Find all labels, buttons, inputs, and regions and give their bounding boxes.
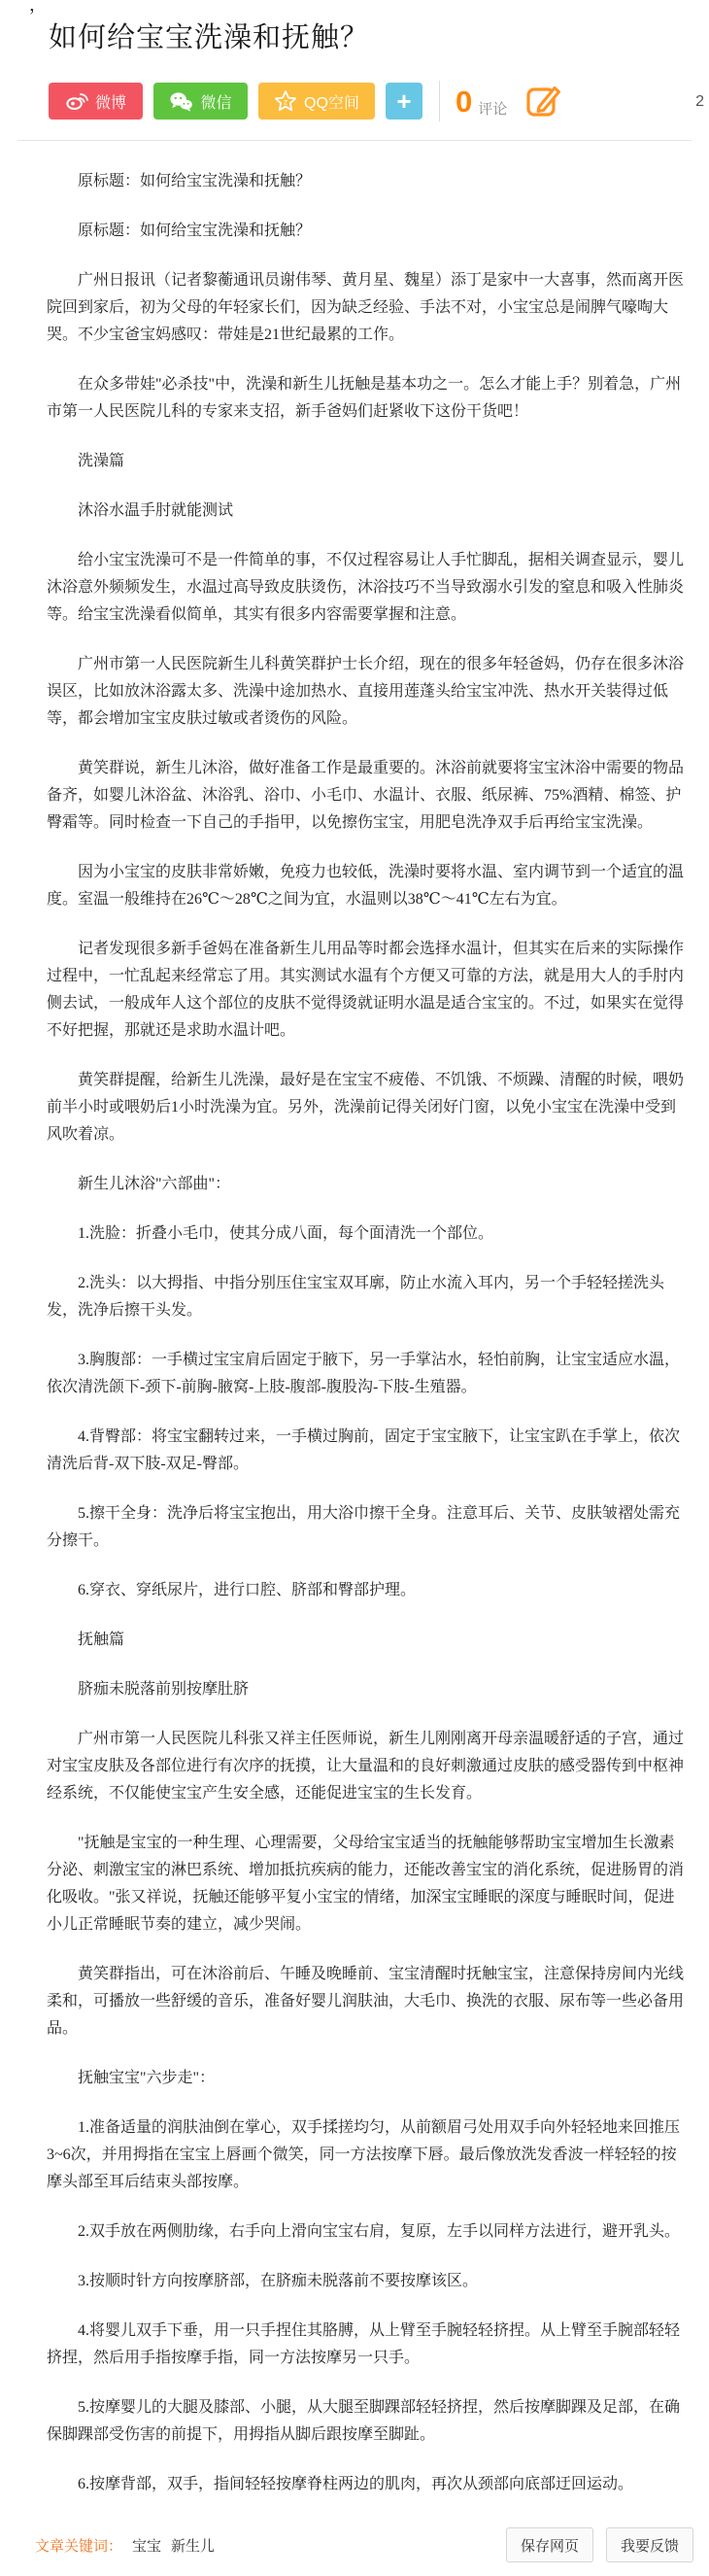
share-weibo-button[interactable]: 微博 — [49, 83, 143, 120]
article-paragraph: 广州市第一人民医院新生儿科黄笑群护士长介绍，现在的很多年轻爸妈，仍存在很多沐浴误… — [47, 651, 688, 733]
share-more-button[interactable]: + — [386, 83, 422, 120]
share-weibo-label: 微博 — [95, 90, 126, 113]
write-comment-button[interactable] — [524, 81, 563, 122]
article-paragraph: 沐浴水温手肘就能测试 — [47, 498, 688, 525]
article-paragraph: 4.将婴儿双手下垂，用一只手捏住其胳膊，从上臂至手腕轻轻挤捏。从上臂至手腕部轻轻… — [47, 2318, 688, 2372]
share-wechat-button[interactable]: 微信 — [153, 83, 248, 120]
save-page-button[interactable]: 保存网页 — [506, 2527, 593, 2562]
keywords-label: 文章关键词： — [35, 2535, 122, 2556]
article-body: 原标题：如何给宝宝洗澡和抚触？原标题：如何给宝宝洗澡和抚触？广州日报讯（记者黎蘅… — [0, 141, 709, 2504]
article-paragraph: 6.穿衣、穿纸尿片，进行口腔、脐部和臀部护理。 — [47, 1577, 688, 1604]
article-paragraph: 给小宝宝洗澡可不是一件简单的事，不仅过程容易让人手忙脚乱，据相关调查显示，婴儿沐… — [47, 547, 688, 629]
feedback-button[interactable]: 我要反馈 — [606, 2527, 693, 2562]
keyword-bar: 文章关键词： 宝宝新生儿 — [35, 2535, 224, 2556]
article-paragraph: 原标题：如何给宝宝洗澡和抚触？ — [47, 168, 688, 195]
wechat-icon — [169, 90, 193, 113]
pencil-edit-icon — [524, 108, 563, 122]
article-paragraph: 3.胸腹部：一手横过宝宝肩后固定于腋下，另一手掌沾水，轻怕前胸，让宝宝适应水温，… — [47, 1347, 688, 1401]
article-paragraph: 抚触宝宝"六步走"： — [47, 2065, 688, 2092]
weibo-icon — [65, 89, 88, 113]
article-paragraph: 因为小宝宝的皮肤非常娇嫩，免疫力也较低，洗澡时要将水温、室内调节到一个适宜的温度… — [47, 859, 688, 913]
svg-text:z: z — [284, 98, 287, 107]
article-paragraph: 记者发现很多新手爸妈在准备新生儿用品等时都会选择水温计，但其实在后来的实际操作过… — [47, 936, 688, 1045]
article-paragraph: 5.擦干全身：洗净后将宝宝抱出，用大浴巾擦干全身。注意耳后、关节、皮肤皱褶处需充… — [47, 1500, 688, 1555]
article-paragraph: 6.按摩背部，双手，指间轻轻按摩脊柱两边的肌肉，再次从颈部向底部迂回运动。 — [47, 2471, 688, 2498]
share-divider — [439, 81, 440, 121]
article-paragraph: 黄笑群指出，可在沐浴前后、午睡及晚睡前、宝宝清醒时抚触宝宝，注意保持房间内光线柔… — [47, 1961, 688, 2043]
article-paragraph: 3.按顺时针方向按摩脐部，在脐痂未脱落前不要按摩该区。 — [47, 2268, 688, 2295]
footer-bar: 文章关键词： 宝宝新生儿 保存网页 我要反馈 — [35, 2524, 693, 2565]
share-qzone-label: QQ空间 — [304, 90, 359, 113]
clipped-text-fragment: ， — [29, 0, 47, 17]
article-paragraph: 新生儿沐浴"六部曲"： — [47, 1171, 688, 1198]
keyword-list: 宝宝新生儿 — [132, 2535, 224, 2556]
article-paragraph: 2.洗头：以大拇指、中指分别压住宝宝双耳廓，防止水流入耳内，另一个手轻轻搓洗头发… — [47, 1270, 688, 1324]
article-paragraph: 1.准备适量的润肤油倒在掌心，双手揉搓均匀，从前额眉弓处用双手向外轻轻地来回推压… — [47, 2114, 688, 2196]
share-qzone-button[interactable]: z QQ空间 — [258, 83, 375, 120]
article-paragraph: 原标题：如何给宝宝洗澡和抚触？ — [47, 218, 688, 245]
article-paragraph: 2.双手放在两侧肋缘，右手向上滑向宝宝右肩，复原，左手以同样方法进行，避开乳头。 — [47, 2218, 688, 2246]
side-count: 2 — [695, 93, 704, 111]
article-paragraph: "抚触是宝宝的一种生理、心理需要，父母给宝宝适当的抚触能够帮助宝宝增加生长激素分… — [47, 1830, 688, 1939]
article-paragraph: 黄笑群提醒，给新生儿洗澡，最好是在宝宝不疲倦、不饥饿、不烦躁、清醒的时候，喂奶前… — [47, 1067, 688, 1149]
article-paragraph: 1.洗脸：折叠小毛巾，使其分成八面，每个面清洗一个部位。 — [47, 1220, 688, 1248]
keyword-link[interactable]: 宝宝 — [132, 2538, 161, 2555]
qzone-star-icon: z — [274, 89, 297, 113]
comment-label[interactable]: 评论 — [478, 98, 507, 119]
keyword-link[interactable]: 新生儿 — [171, 2538, 215, 2555]
comment-count[interactable]: 0 — [456, 86, 472, 117]
plus-icon: + — [396, 88, 411, 114]
share-bar: 微博 微信 z QQ空间 + 0 评 — [49, 82, 692, 120]
share-wechat-label: 微信 — [200, 90, 231, 113]
footer-actions: 保存网页 我要反馈 — [506, 2527, 693, 2562]
article-paragraph: 广州市第一人民医院儿科张又祥主任医师说，新生儿刚刚离开母亲温暖舒适的子宫，通过对… — [47, 1726, 688, 1807]
article-paragraph: 脐痂未脱落前别按摩肚脐 — [47, 1676, 688, 1703]
page-title: 如何给宝宝洗澡和抚触？ — [49, 16, 692, 55]
article-paragraph: 5.按摩婴儿的大腿及膝部、小腿，从大腿至脚踝部轻轻挤捏，然后按摩脚踝及足部，在确… — [47, 2394, 688, 2449]
article-paragraph: 洗澡篇 — [47, 448, 688, 475]
article-paragraph: 广州日报讯（记者黎蘅通讯员谢伟琴、黄月星、魏星）添丁是家中一大喜事，然而离开医院… — [47, 267, 688, 349]
article-paragraph: 黄笑群说，新生儿沐浴，做好准备工作是最重要的。沐浴前就要将宝宝沐浴中需要的物品备… — [47, 755, 688, 837]
article-paragraph: 在众多带娃"必杀技"中，洗澡和新生儿抚触是基本功之一。怎么才能上手？别着急，广州… — [47, 371, 688, 426]
article-paragraph: 抚触篇 — [47, 1627, 688, 1654]
article-paragraph: 4.背臀部：将宝宝翻转过来，一手横过胸前，固定于宝宝腋下，让宝宝趴在手掌上，依次… — [47, 1424, 688, 1478]
